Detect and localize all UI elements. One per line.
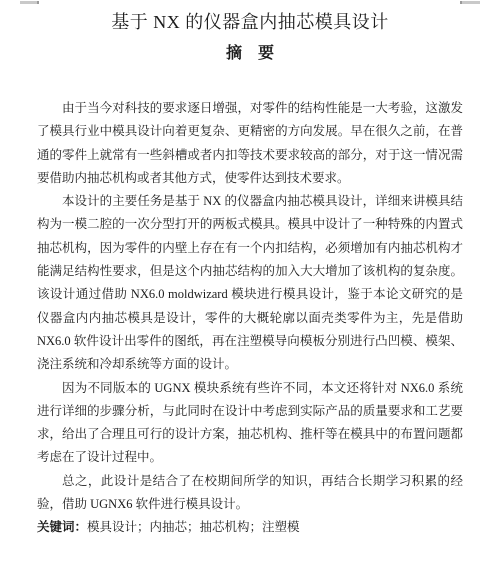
abstract-paragraph: 本设计的主要任务是基于 NX 的仪器盒内抽芯模具设计，详细来讲模具结构为一模二腔… [37,190,463,376]
keywords-text: 模具设计；内抽芯；抽芯机构；注塑模 [87,520,300,534]
document-content: 基于 NX 的仪器盒内抽芯模具设计 摘 要 由于当今对科技的要求逐日增强，对零件… [37,0,463,540]
abstract-paragraph: 由于当今对科技的要求逐日增强，对零件的结构性能是一大考验，这激发了模具行业中模具… [37,97,463,190]
abstract-heading: 摘 要 [37,44,463,64]
abstract-paragraph: 总之，此设计是结合了在校期间所学的知识，再结合长期学习积累的经验，借助 UGNX… [37,470,463,517]
ruler-mark-right [460,1,480,4]
keywords-label: 关键词： [37,520,87,534]
document-title: 基于 NX 的仪器盒内抽芯模具设计 [37,11,463,33]
document-page: 基于 NX 的仪器盒内抽芯模具设计 摘 要 由于当今对科技的要求逐日增强，对零件… [0,0,484,564]
abstract-body: 由于当今对科技的要求逐日增强，对零件的结构性能是一大考验，这激发了模具行业中模具… [37,97,463,540]
abstract-paragraph: 因为不同版本的 UGNX 模块系统有些许不同，本文还将针对 NX6.0 系统进行… [37,377,463,470]
keywords-line: 关键词：模具设计；内抽芯；抽芯机构；注塑模 [37,516,463,539]
